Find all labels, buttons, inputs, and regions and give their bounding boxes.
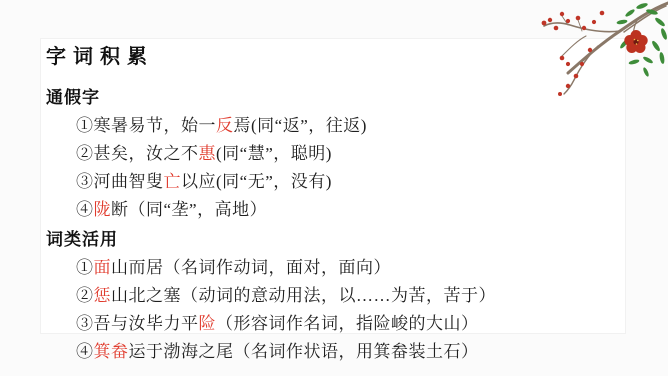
list-item: ③河曲智叟亡以应(同“无”，没有) [46,168,496,196]
list-item: ①面山而居（名词作动词，面对，面向） [46,254,496,282]
highlight-char: 险 [199,314,217,333]
text-segment: ④ [76,200,94,219]
list-item: ②惩山北之塞（动词的意动用法，以……为苦，苦于） [46,282,496,310]
list-item: ③吾与汝毕力平险（形容词作名词，指险峻的大山） [46,310,496,338]
highlight-char: 反 [216,116,234,135]
list-item: ④陇断（同“垄”，高地） [46,196,496,224]
list-item: ④箕畚运于渤海之尾（名词作状语，用箕畚装土石） [46,338,496,366]
slide-content: 字词积累 通假字①寒暑易节，始一反焉(同“返”，往返)②甚矣，汝之不惠(同“慧”… [46,44,496,366]
page-title: 字词积累 [46,44,496,70]
text-segment: ①寒暑易节，始一 [76,116,216,135]
section-heading: 词类活用 [46,228,496,252]
text-segment: 山而居（名词作动词，面对，面向） [111,258,391,277]
text-segment: （形容词作名词，指险峻的大山） [216,314,479,333]
highlight-char: 面 [94,258,112,277]
text-segment: ②甚矣，汝之不 [76,144,199,163]
highlight-char: 惠 [199,144,217,163]
highlight-char: 陇 [94,200,112,219]
text-segment: 焉(同“返”，往返) [234,116,367,135]
text-segment: ③吾与汝毕力平 [76,314,199,333]
text-segment: 运于渤海之尾（名词作状语，用箕畚装土石） [129,342,479,361]
section: 通假字①寒暑易节，始一反焉(同“返”，往返)②甚矣，汝之不惠(同“慧”，聪明)③… [46,86,496,224]
text-segment: ③河曲智叟 [76,172,164,191]
plum-branch-icon [538,0,668,100]
list-item: ①寒暑易节，始一反焉(同“返”，往返) [46,112,496,140]
text-segment: ② [76,286,94,305]
text-segment: 断（同“垄”，高地） [111,200,267,219]
sections: 通假字①寒暑易节，始一反焉(同“返”，往返)②甚矣，汝之不惠(同“慧”，聪明)③… [46,86,496,366]
slide: 字词积累 通假字①寒暑易节，始一反焉(同“返”，往返)②甚矣，汝之不惠(同“慧”… [0,0,668,376]
red-flower [624,30,647,53]
text-segment: ④ [76,342,94,361]
plum-branch-decoration [538,0,668,100]
section-heading: 通假字 [46,86,496,110]
text-segment: (同“慧”，聪明) [216,144,332,163]
list-item: ②甚矣，汝之不惠(同“慧”，聪明) [46,140,496,168]
text-segment: ① [76,258,94,277]
section: 词类活用①面山而居（名词作动词，面对，面向）②惩山北之塞（动词的意动用法，以……… [46,228,496,366]
text-segment: 以应(同“无”，没有) [181,172,332,191]
highlight-char: 亡 [164,172,182,191]
highlight-char: 惩 [94,286,112,305]
highlight-char: 箕畚 [94,342,129,361]
text-segment: 山北之塞（动词的意动用法，以……为苦，苦于） [111,286,496,305]
